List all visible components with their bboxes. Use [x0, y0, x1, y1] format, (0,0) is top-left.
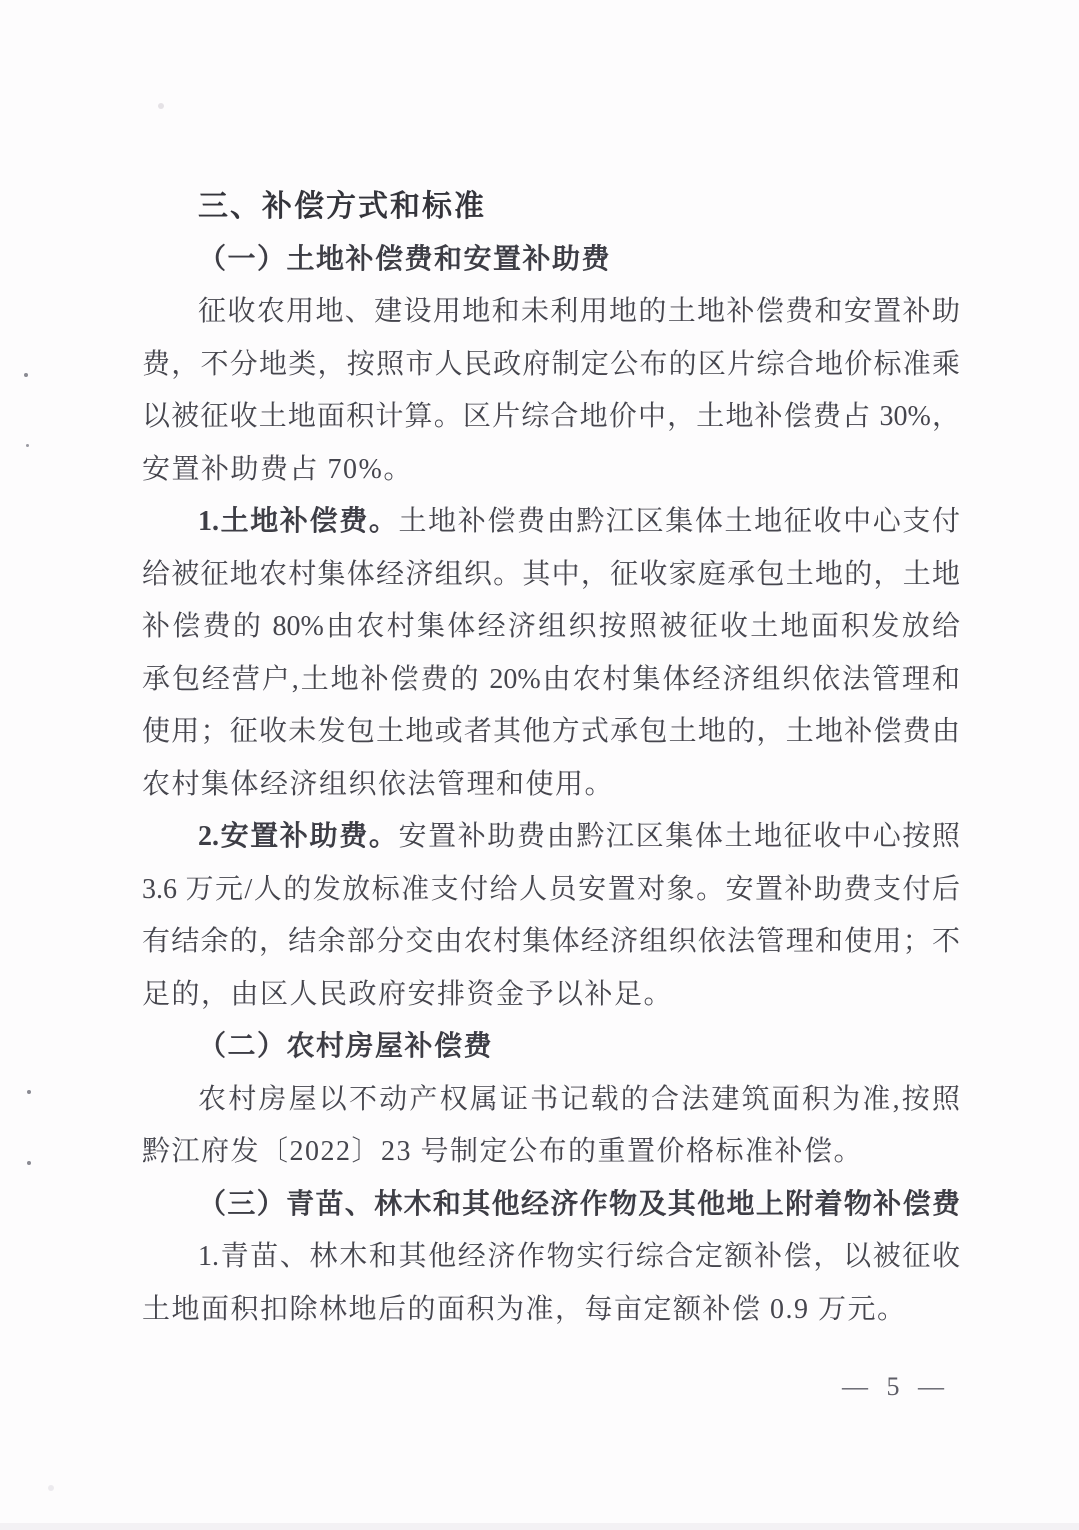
margin-dot: [27, 1161, 31, 1165]
body-text-line: 农村集体经济组织依法管理和使用。: [142, 759, 960, 812]
margin-dot: [158, 103, 164, 109]
subsection-heading: （一）土地补偿费和安置补助费: [142, 234, 960, 287]
body-text-line: 农村房屋以不动产权属证书记载的合法建筑面积为准,按照: [142, 1074, 960, 1127]
margin-dot: [24, 373, 28, 377]
margin-dot: [27, 1090, 31, 1094]
scan-bottom-edge: [0, 1523, 1079, 1530]
section-heading: 三、补偿方式和标准: [142, 181, 960, 234]
margin-dot: [48, 1485, 54, 1491]
body-text-line: 给被征地农村集体经济组织。其中，征收家庭承包土地的，土地: [142, 549, 960, 602]
body-text-line: 3.6 万元/人的发放标准支付给人员安置对象。安置补助费支付后: [142, 864, 960, 917]
body-text-line: 足的，由区人民政府安排资金予以补足。: [142, 969, 960, 1022]
margin-dot: [26, 444, 29, 447]
page-number: — 5 —: [836, 1372, 956, 1402]
body-text-line: 费，不分地类，按照市人民政府制定公布的区片综合地价标准乘: [142, 339, 960, 392]
subsection-heading: （三）青苗、林木和其他经济作物及其他地上附着物补偿费: [142, 1179, 960, 1232]
body-text-line: 补偿费的 80%由农村集体经济组织按照被征收土地面积发放给: [142, 601, 960, 654]
body-text-line: 土地面积扣除林地后的面积为准，每亩定额补偿 0.9 万元。: [142, 1284, 960, 1337]
body-text-line: 1.青苗、林木和其他经济作物实行综合定额补偿，以被征收: [142, 1231, 960, 1284]
paragraph-lead: 1.土地补偿费。: [198, 506, 398, 537]
document-body: 三、补偿方式和标准（一）土地补偿费和安置补助费征收农用地、建设用地和未利用地的土…: [142, 181, 960, 1336]
body-text-line: 黔江府发〔2022〕23 号制定公布的重置价格标准补偿。: [142, 1126, 960, 1179]
body-text-line: 以被征收土地面积计算。区片综合地价中，土地补偿费占 30%，: [142, 391, 960, 444]
document-page: 三、补偿方式和标准（一）土地补偿费和安置补助费征收农用地、建设用地和未利用地的土…: [0, 0, 1079, 1530]
paragraph-lead: 2.安置补助费。: [198, 821, 398, 852]
body-text-line: 有结余的，结余部分交由农村集体经济组织依法管理和使用；不: [142, 916, 960, 969]
body-text-line: 2.安置补助费。安置补助费由黔江区集体土地征收中心按照: [142, 811, 960, 864]
body-text-line: 征收农用地、建设用地和未利用地的土地补偿费和安置补助: [142, 286, 960, 339]
body-text-line: 使用；征收未发包土地或者其他方式承包土地的，土地补偿费由: [142, 706, 960, 759]
body-text-line: 承包经营户,土地补偿费的 20%由农村集体经济组织依法管理和: [142, 654, 960, 707]
body-text-line: 1.土地补偿费。土地补偿费由黔江区集体土地征收中心支付: [142, 496, 960, 549]
body-text-line: 安置补助费占 70%。: [142, 444, 960, 497]
subsection-heading: （二）农村房屋补偿费: [142, 1021, 960, 1074]
